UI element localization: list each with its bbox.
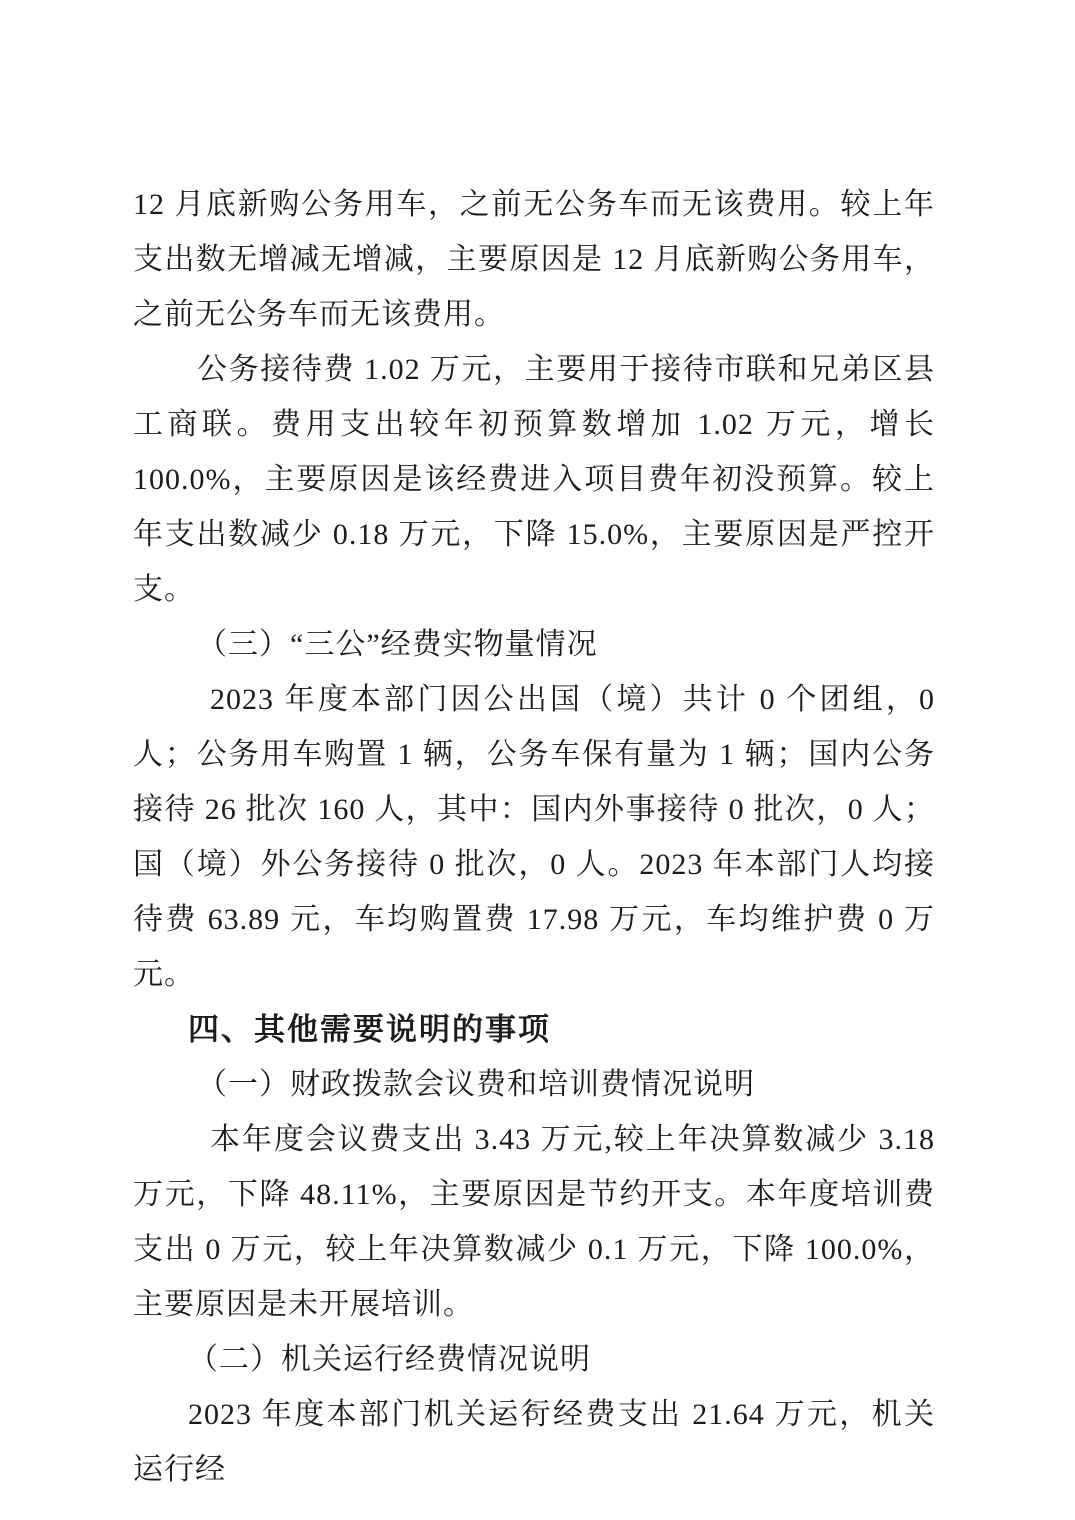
document-page: 12 月底新购公务用车，之前无公务车而无该费用。较上年支出数无增减无增减，主要原… (0, 0, 1075, 1520)
body-paragraph-physical-quantity: 2023 年度本部门因公出国（境）共计 0 个团组，0 人；公务用车购置 1 辆… (133, 672, 935, 1002)
subheading-three-public-expenses: （三）“三公”经费实物量情况 (133, 617, 935, 672)
document-body: 12 月底新购公务用车，之前无公务车而无该费用。较上年支出数无增减无增减，主要原… (133, 177, 935, 1497)
subheading-meeting-training-fees: （一）财政拨款会议费和培训费情况说明 (133, 1057, 935, 1112)
body-paragraph-meeting-training-detail: 本年度会议费支出 3.43 万元,较上年决算数减少 3.18 万元，下降 48.… (133, 1112, 935, 1332)
page-number: - 5 - (0, 1398, 1075, 1428)
section-heading-other-items: 四、其他需要说明的事项 (133, 1002, 935, 1057)
body-paragraph-reception-expense: 公务接待费 1.02 万元，主要用于接待市联和兄弟区县工商联。费用支出较年初预算… (133, 342, 935, 617)
subheading-operating-funds: （二）机关运行经费情况说明 (133, 1332, 935, 1387)
body-paragraph-vehicle-expense: 12 月底新购公务用车，之前无公务车而无该费用。较上年支出数无增减无增减，主要原… (133, 177, 935, 342)
